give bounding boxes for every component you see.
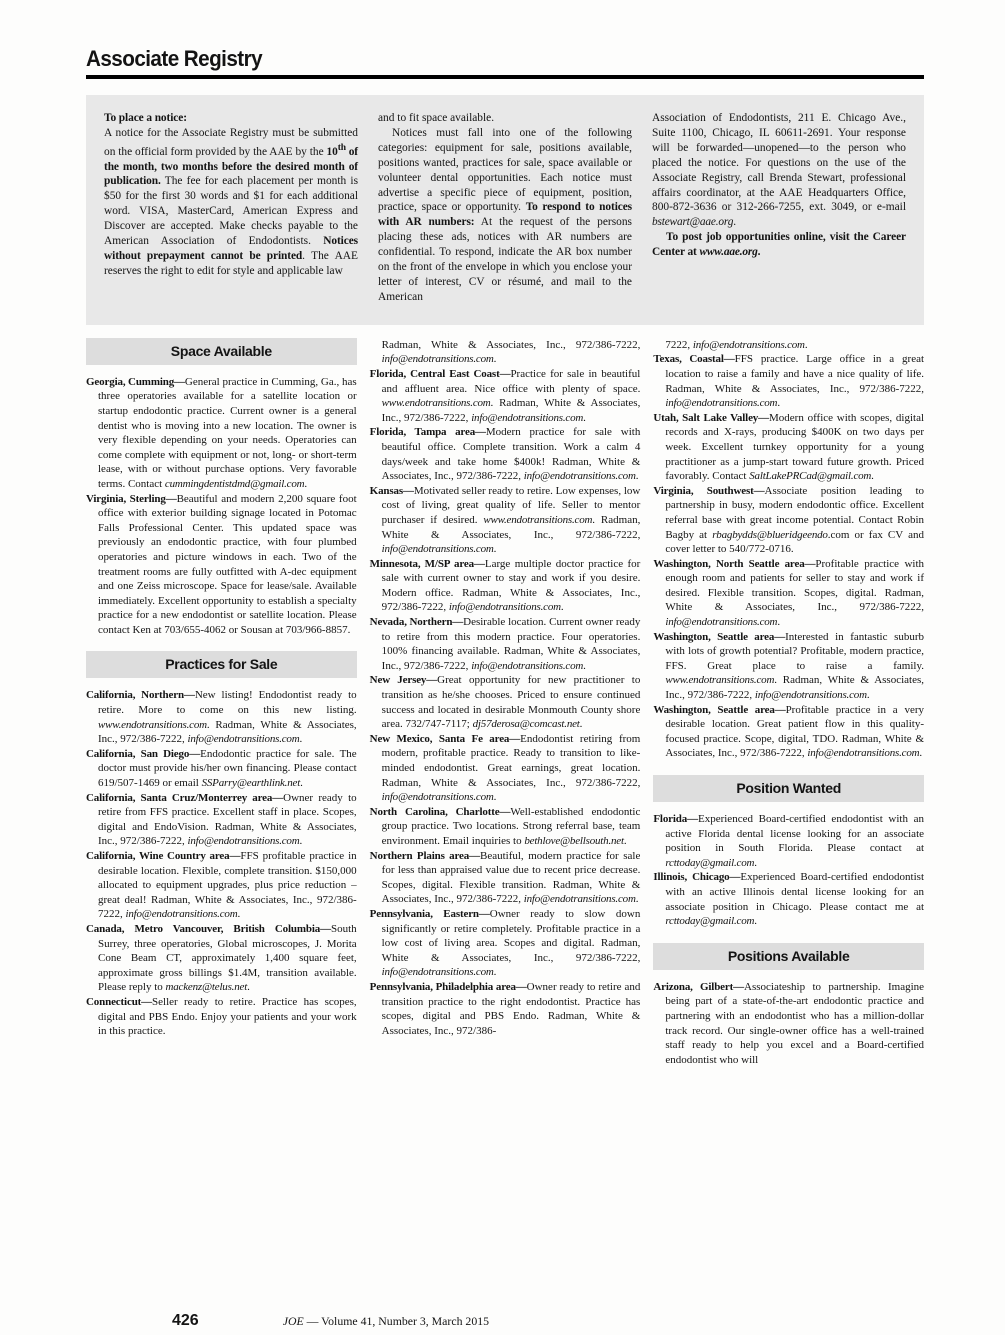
listing-body: Associateship to partnership. Imagine be… [665, 981, 924, 1066]
listing-lead: Florida, Central East Coast— [370, 368, 511, 380]
listing: Utah, Salt Lake Valley—Modern office wit… [653, 411, 924, 484]
listing: Pennsylvania, Philadelphia area—Owner re… [370, 980, 641, 1038]
listing-lead: Virginia, Southwest— [653, 485, 764, 497]
listing-lead: Northern Plains area— [370, 850, 480, 862]
listing: Kansas—Motivated seller ready to retire.… [370, 484, 641, 557]
listing: Northern Plains area—Beautiful, modern p… [370, 849, 641, 907]
notice-paragraph: Association of Endodontists, 211 E. Chic… [652, 111, 906, 230]
listing-lead: Washington, North Seattle area— [653, 558, 815, 570]
listing: Texas, Coastal—FFS practice. Large offic… [653, 352, 924, 410]
page-title: Associate Registry [86, 46, 262, 72]
listing: Illinois, Chicago—Experienced Board-cert… [653, 870, 924, 928]
notice-column: and to fit space available.Notices must … [378, 111, 632, 305]
notice-paragraph: Notices must fall into one of the follow… [378, 126, 632, 305]
page-footer: 426 JOE — Volume 41, Number 3, March 201… [172, 1312, 1005, 1330]
masthead: Associate Registry [86, 46, 924, 79]
listing: North Carolina, Charlotte—Well-establish… [370, 805, 641, 849]
listing-lead: Virginia, Sterling— [86, 493, 177, 505]
listing-lead: Pennsylvania, Philadelphia area— [370, 981, 527, 993]
section-header: Practices for Sale [86, 651, 357, 678]
listing: California, Santa Cruz/Monterrey area—Ow… [86, 791, 357, 849]
section-header: Space Available [86, 338, 357, 365]
section-header: Positions Available [653, 943, 924, 970]
listing-lead: Florida— [653, 813, 698, 825]
listing: Virginia, Southwest—Associate position l… [653, 484, 924, 557]
listing: California, Wine Country area—FFS profit… [86, 849, 357, 922]
listing-lead: Connecticut— [86, 996, 152, 1008]
listing-continuation: Radman, White & Associates, Inc., 972/38… [370, 338, 641, 367]
listing-lead: New Jersey— [370, 674, 437, 686]
listing-body: Beautiful and modern 2,200 square foot o… [98, 493, 357, 636]
main-content: Space AvailableGeorgia, Cumming—General … [86, 338, 924, 1068]
footer-journal-line: JOE — Volume 41, Number 3, March 2015 [283, 1314, 489, 1329]
listing-lead: New Mexico, Santa Fe area— [370, 733, 520, 745]
notice-paragraph: To post job opportunities online, visit … [652, 230, 906, 260]
listing: New Mexico, Santa Fe area—Endodontist re… [370, 732, 641, 805]
notice-paragraph: To place a notice: [104, 111, 358, 126]
listing: Arizona, Gilbert—Associateship to partne… [653, 980, 924, 1068]
listing-lead: Washington, Seattle area— [653, 704, 785, 716]
listing: California, San Diego—Endodontic practic… [86, 747, 357, 791]
notice-column: To place a notice:A notice for the Assoc… [104, 111, 358, 305]
listing-lead: Georgia, Cumming— [86, 376, 185, 388]
section-header: Position Wanted [653, 775, 924, 802]
listing-lead: California, Wine Country area— [86, 850, 240, 862]
listing-lead: California, San Diego— [86, 748, 200, 760]
page: Associate Registry To place a notice:A n… [86, 46, 924, 1067]
listing-lead: Illinois, Chicago— [653, 871, 740, 883]
listing: Florida—Experienced Board-certified endo… [653, 812, 924, 870]
listing-lead: Minnesota, M/SP area— [370, 558, 485, 570]
listing-lead: Kansas— [370, 485, 414, 497]
listing-lead: Canada, Metro Vancouver, British Columbi… [86, 923, 331, 935]
listing: Washington, Seattle area—Interested in f… [653, 630, 924, 703]
listing-lead: Pennsylvania, Eastern— [370, 908, 490, 920]
listing: Washington, North Seattle area—Profitabl… [653, 557, 924, 630]
listing: New Jersey—Great opportunity for new pra… [370, 673, 641, 731]
listing: Nevada, Northern—Desirable location. Cur… [370, 615, 641, 673]
listing: California, Northern—New listing! Endodo… [86, 688, 357, 746]
main-column-3: 7222, info@endotransitions.com.Texas, Co… [653, 338, 924, 1068]
notice-box: To place a notice:A notice for the Assoc… [86, 95, 924, 325]
listing-body: Motivated seller ready to retire. Low ex… [382, 485, 641, 555]
main-column-1: Space AvailableGeorgia, Cumming—General … [86, 338, 357, 1068]
listing: Georgia, Cumming—General practice in Cum… [86, 375, 357, 492]
main-column-2: Radman, White & Associates, Inc., 972/38… [370, 338, 641, 1068]
listing: Florida, Tampa area—Modern practice for … [370, 425, 641, 483]
listing-lead: California, Santa Cruz/Monterrey area— [86, 792, 283, 804]
listing-lead: California, Northern— [86, 689, 195, 701]
notice-paragraph: and to fit space available. [378, 111, 632, 126]
footer-page-number: 426 [172, 1312, 199, 1330]
listing-lead: Utah, Salt Lake Valley— [653, 412, 769, 424]
listing: Connecticut—Seller ready to retire. Prac… [86, 995, 357, 1039]
listing: Virginia, Sterling—Beautiful and modern … [86, 492, 357, 638]
listing-continuation: 7222, info@endotransitions.com. [653, 338, 924, 353]
listing: Washington, Seattle area—Profitable prac… [653, 703, 924, 761]
listing-lead: Nevada, Northern— [370, 616, 463, 628]
listing: Canada, Metro Vancouver, British Columbi… [86, 922, 357, 995]
listing-lead: North Carolina, Charlotte— [370, 806, 511, 818]
listing-lead: Washington, Seattle area— [653, 631, 785, 643]
listing-lead: Arizona, Gilbert— [653, 981, 744, 993]
listing-lead: Florida, Tampa area— [370, 426, 486, 438]
notice-paragraph: A notice for the Associate Registry must… [104, 126, 358, 279]
listing-lead: Texas, Coastal— [653, 353, 734, 365]
listing-body: Experienced Board-certified endodontist … [665, 813, 924, 869]
listing: Florida, Central East Coast—Practice for… [370, 367, 641, 425]
listing: Minnesota, M/SP area—Large multiple doct… [370, 557, 641, 615]
notice-column: Association of Endodontists, 211 E. Chic… [652, 111, 906, 305]
listing: Pennsylvania, Eastern—Owner ready to slo… [370, 907, 641, 980]
listing-body: General practice in Cumming, Ga., has th… [98, 376, 357, 490]
